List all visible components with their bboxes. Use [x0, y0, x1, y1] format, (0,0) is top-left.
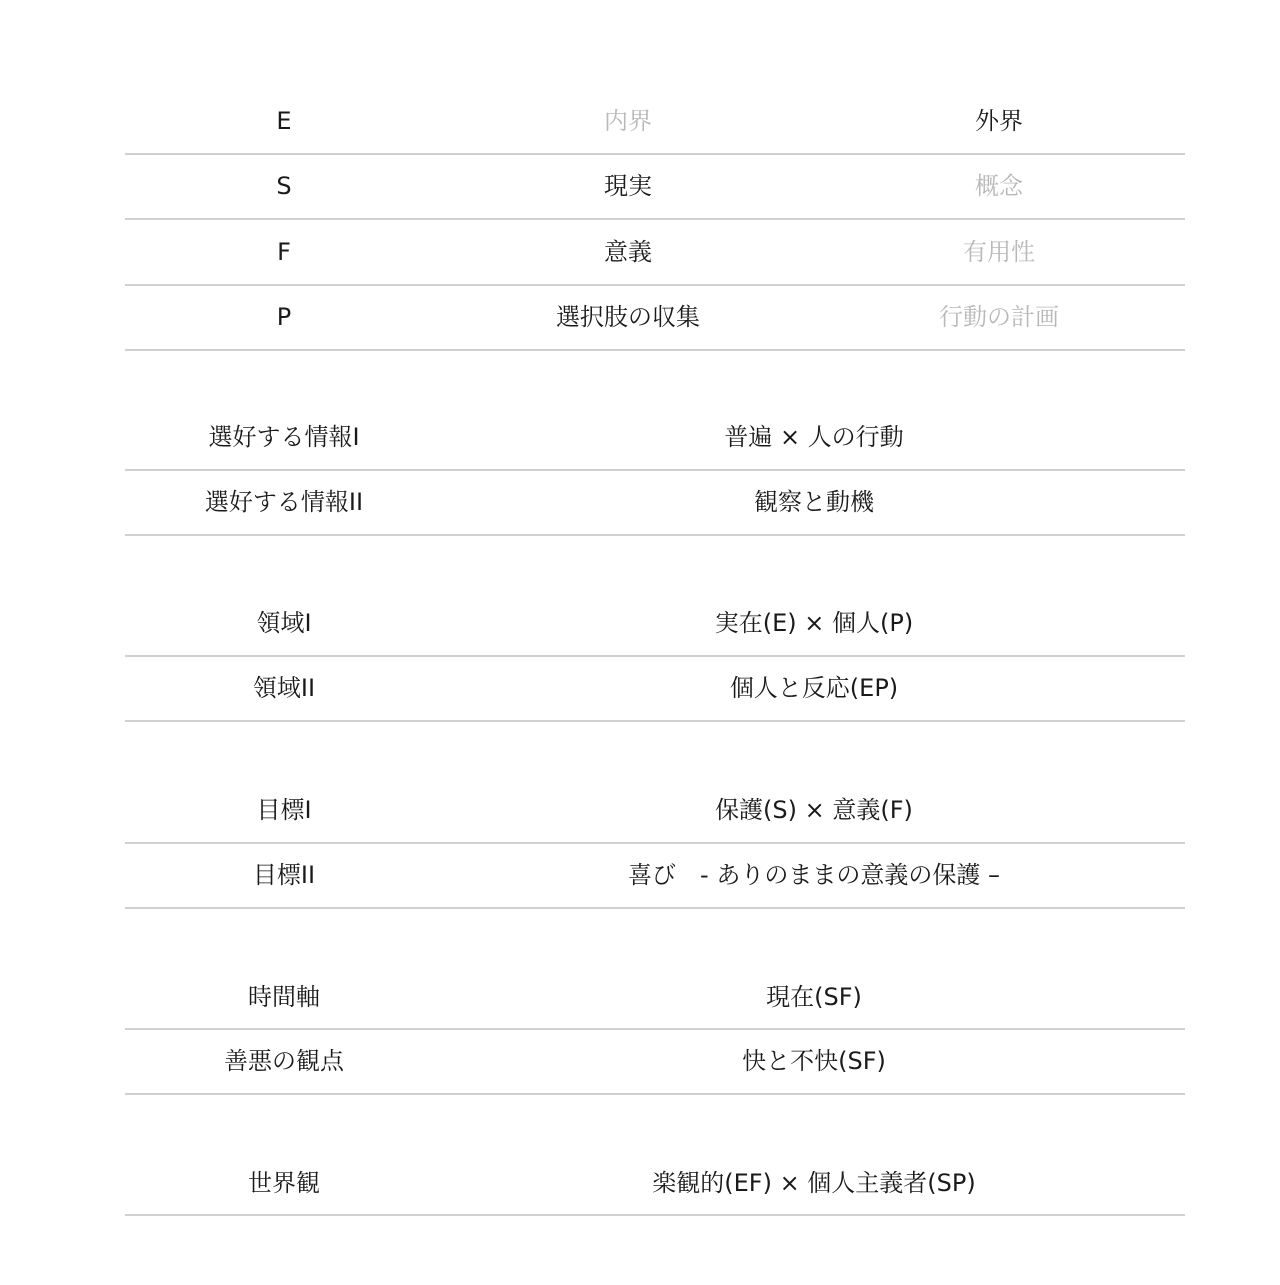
table-row: 領域I 実在(E) × 個人(P) — [125, 591, 1185, 657]
dichotomy-right: 外界 — [813, 89, 1185, 153]
dichotomy-row-s: S 現実 概念 — [125, 155, 1185, 220]
row-value: 保護(S) × 意義(F) — [443, 777, 1185, 843]
row-value: 普遍 × 人の行動 — [443, 405, 1185, 469]
dichotomy-right: 概念 — [813, 155, 1185, 218]
dichotomy-left: 意義 — [443, 220, 813, 284]
dichotomy-row-f: F 意義 有用性 — [125, 220, 1185, 286]
table-row: 選好する情報I 普遍 × 人の行動 — [125, 405, 1185, 471]
row-value: 実在(E) × 個人(P) — [443, 591, 1185, 655]
dichotomy-left: 現実 — [443, 155, 813, 218]
preferred-info-table: 選好する情報I 普遍 × 人の行動 選好する情報II 観察と動機 — [125, 405, 1185, 536]
worldview-table: 世界観 楽観的(EF) × 個人主義者(SP) — [125, 1151, 1185, 1216]
row-value: 快と不快(SF) — [443, 1030, 1185, 1093]
domain-table: 領域I 実在(E) × 個人(P) 領域II 個人と反応(EP) — [125, 591, 1185, 722]
dichotomy-row-p: P 選択肢の収集 行動の計画 — [125, 286, 1185, 351]
row-label: 目標I — [125, 777, 443, 843]
row-value: 観察と動機 — [443, 471, 1185, 534]
dichotomy-letter: E — [125, 89, 443, 153]
row-label: 領域II — [125, 657, 443, 720]
table-row: 選好する情報II 観察と動機 — [125, 471, 1185, 536]
table-row: 目標I 保護(S) × 意義(F) — [125, 777, 1185, 844]
dichotomy-left: 内界 — [443, 89, 813, 153]
dichotomy-right: 行動の計画 — [813, 286, 1185, 349]
dichotomy-letter: P — [125, 286, 443, 349]
row-label: 時間軸 — [125, 964, 443, 1030]
row-label: 世界観 — [125, 1151, 443, 1215]
dichotomy-letter: S — [125, 155, 443, 218]
time-ethics-table: 時間軸 現在(SF) 善悪の観点 快と不快(SF) — [125, 964, 1185, 1095]
row-label: 選好する情報I — [125, 405, 443, 469]
row-value: 個人と反応(EP) — [443, 657, 1185, 720]
dichotomy-left: 選択肢の収集 — [443, 286, 813, 349]
table-row: 目標II 喜び - ありのままの意義の保護 – — [125, 844, 1185, 909]
table-row: 善悪の観点 快と不快(SF) — [125, 1030, 1185, 1095]
row-value: 現在(SF) — [443, 964, 1185, 1030]
row-value: 楽観的(EF) × 個人主義者(SP) — [443, 1151, 1185, 1215]
row-label: 目標II — [125, 844, 443, 907]
row-label: 領域I — [125, 591, 443, 655]
row-label: 選好する情報II — [125, 471, 443, 534]
dichotomy-table: E 内界 外界 S 現実 概念 F 意義 有用性 P 選択肢の収集 行動の計画 — [125, 89, 1185, 351]
table-row: 領域II 個人と反応(EP) — [125, 657, 1185, 722]
table-row: 時間軸 現在(SF) — [125, 964, 1185, 1030]
dichotomy-letter: F — [125, 220, 443, 284]
dichotomy-right: 有用性 — [813, 220, 1185, 284]
goals-table: 目標I 保護(S) × 意義(F) 目標II 喜び - ありのままの意義の保護 … — [125, 777, 1185, 909]
row-value: 喜び - ありのままの意義の保護 – — [443, 844, 1185, 907]
row-label: 善悪の観点 — [125, 1030, 443, 1093]
table-row: 世界観 楽観的(EF) × 個人主義者(SP) — [125, 1151, 1185, 1216]
dichotomy-row-e: E 内界 外界 — [125, 89, 1185, 155]
